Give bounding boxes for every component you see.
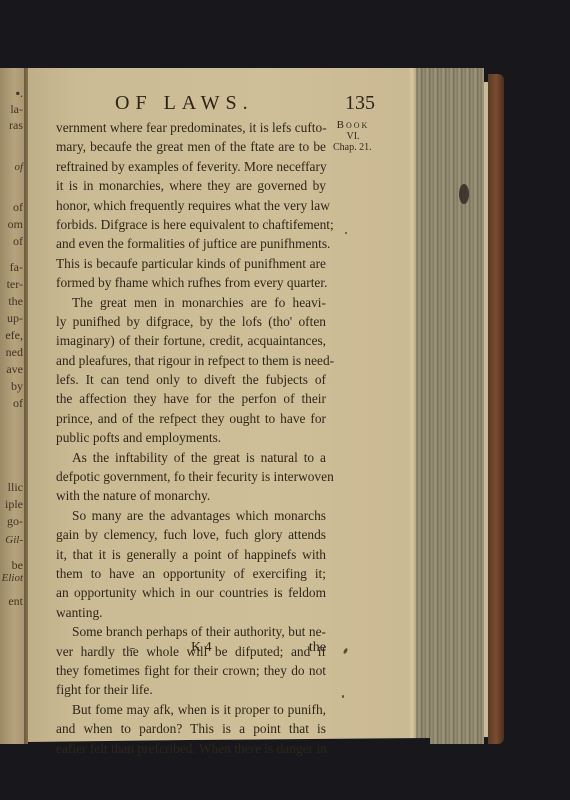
facing-page-fragment: la- (10, 102, 23, 116)
paragraph-start: The great men in monarchies are fo heavi… (56, 293, 326, 312)
text-line: wanting. (56, 603, 326, 622)
facing-page-fragment: by (11, 379, 23, 393)
text-line: they fometimes fight for their crown; th… (56, 661, 326, 680)
paragraph-start: So many are the advantages which monarch… (56, 506, 326, 525)
book-scan: ▪.la-rasofofomoffa-ter-theup-efe,nedaveb… (0, 0, 570, 800)
facing-page-fragment: of (13, 396, 23, 410)
marginal-note: Book VI. Chap. 21. (323, 120, 383, 153)
edge-stain (459, 184, 469, 204)
text-line: This is becaufe particular kinds of puni… (56, 254, 326, 273)
paper-speck (342, 695, 344, 698)
facing-page-fragment: go- (7, 514, 23, 528)
text-line: public pofts and employments. (56, 428, 326, 447)
facing-page-fragment: ter- (7, 277, 23, 291)
facing-page-fragment: the (8, 294, 23, 308)
marginal-book: Book (323, 120, 383, 131)
text-line: fight for their life. (56, 680, 326, 699)
text-line: it is in monarchies, where they are gove… (56, 176, 326, 195)
text-line: the affection they have for the perfon o… (56, 389, 326, 408)
catchword: the (309, 640, 326, 656)
paper-speck (130, 648, 135, 649)
text-line: vernment where fear predominates, it is … (56, 118, 326, 137)
text-line: and even the formalities of juftice are … (56, 234, 326, 253)
facing-page-fragment: ned (6, 345, 23, 359)
marginal-chapter: Chap. 21. (323, 142, 383, 153)
facing-page-fragment: efe, (5, 328, 23, 342)
facing-page-fragment: Gil- (5, 533, 23, 547)
text-line: reftrained by examples of feverity. More… (56, 157, 326, 176)
text-line: and pleafures, that rigour in refpect to… (56, 351, 326, 370)
facing-page-fragment: om (8, 217, 23, 231)
text-line: eafier felt than prefcribed. When there … (56, 739, 326, 758)
text-line: gain by clemency, fuch love, fuch glory … (56, 525, 326, 544)
facing-page-fragment: up- (7, 311, 23, 325)
text-line: defpotic government, fo their fecurity i… (56, 467, 326, 486)
page-edge-highlight (408, 68, 416, 744)
text-line: honor, which frequently requires what th… (56, 196, 326, 215)
page-number: 135 (345, 92, 375, 115)
running-head: OF LAWS. (115, 92, 254, 115)
page-footer: K 4 the (56, 640, 326, 660)
signature-mark: K 4 (191, 640, 212, 656)
paper-speck (345, 232, 347, 234)
facing-page-fragment: fa- (10, 260, 23, 274)
facing-page-fragment: of (13, 200, 23, 214)
text-line: prince, and of the refpect they ought to… (56, 409, 326, 428)
text-line: mary, becaufe the great men of the ftate… (56, 137, 326, 156)
text-line: and when to pardon? This is a point that… (56, 719, 326, 738)
facing-page: ▪.la-rasofofomoffa-ter-theup-efe,nedaveb… (0, 68, 26, 744)
leather-cover (488, 74, 504, 744)
facing-page-fragment: be (12, 558, 23, 572)
facing-page-fragment: ave (6, 362, 23, 376)
paragraph-start: Some branch perhaps of their authority, … (56, 622, 326, 641)
text-line: imaginary) of their fortune, credit, acq… (56, 331, 326, 350)
text-line: it, that it is generally a point of happ… (56, 545, 326, 564)
text-line: an opportunity which in our countries is… (56, 583, 326, 602)
facing-page-fragment: ▪. (16, 86, 23, 100)
fore-edge (414, 68, 484, 744)
paragraph-start: As the inftability of the great is natur… (56, 448, 326, 467)
facing-page-fragment: of (14, 160, 23, 174)
marginal-book-number: VI. (323, 131, 383, 142)
text-line: formed by fhame which rufhes from every … (56, 273, 326, 292)
facing-page-fragment: of (13, 234, 23, 248)
facing-page-fragment: ras (9, 118, 23, 132)
paragraph-start: But fome may afk, when is it proper to p… (56, 700, 326, 719)
facing-page-fragment: ent (8, 594, 23, 608)
body-text: vernment where fear predominates, it is … (56, 118, 326, 758)
text-line: forbids. Difgrace is here equivalent to … (56, 215, 326, 234)
text-line: them to have an opportunity of exercifin… (56, 564, 326, 583)
text-line: lefs. It can tend only to diveft the fub… (56, 370, 326, 389)
text-line: ly punifhed by difgrace, by the lofs (th… (56, 312, 326, 331)
facing-page-fragment: llic (8, 480, 23, 494)
facing-page-fragment: Eliot (2, 571, 23, 585)
text-line: with the nature of monarchy. (56, 486, 326, 505)
facing-page-fragment: iple (5, 497, 23, 511)
